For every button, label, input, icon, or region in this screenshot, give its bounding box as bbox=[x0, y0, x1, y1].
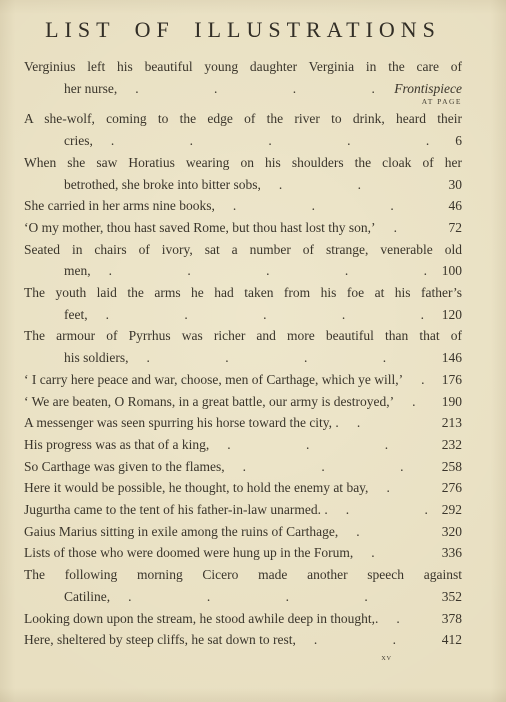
entry-caption: his soldiers, bbox=[64, 347, 129, 369]
entry-caption: ‘ We are beaten, O Romans, in a great ba… bbox=[24, 391, 394, 413]
entry-caption: men, bbox=[64, 260, 91, 282]
entry-leader-line: Catiline,352 bbox=[64, 586, 462, 608]
page-number: 176 bbox=[432, 369, 462, 391]
entry-first-line: The youth laid the arms he had taken fro… bbox=[24, 282, 462, 304]
toc-entry: ‘ I carry here peace and war, choose, me… bbox=[24, 369, 462, 391]
entry-leader-line: Jugurtha came to the tent of his father-… bbox=[24, 499, 462, 521]
entry-caption: Jugurtha came to the tent of his father-… bbox=[24, 499, 328, 521]
dot-leader bbox=[368, 477, 432, 499]
toc-entry: A messenger was seen spurring his horse … bbox=[24, 412, 462, 434]
toc-entry: ‘O my mother, thou hast saved Rome, but … bbox=[24, 217, 462, 239]
page-number: 232 bbox=[432, 434, 462, 456]
entry-leader-line: So Carthage was given to the flames,258 bbox=[24, 456, 462, 478]
entry-caption: Gaius Marius sitting in exile among the … bbox=[24, 521, 338, 543]
entry-caption: Catiline, bbox=[64, 586, 110, 608]
toc-entry: ‘ We are beaten, O Romans, in a great ba… bbox=[24, 391, 462, 413]
page-number: 213 bbox=[432, 412, 462, 434]
entry-caption: cries, bbox=[64, 130, 93, 152]
entry-caption: her nurse, bbox=[64, 78, 117, 100]
entry-first-line: Verginius left his beautiful young daugh… bbox=[24, 56, 462, 78]
entry-leader-line: ‘ We are beaten, O Romans, in a great ba… bbox=[24, 391, 462, 413]
toc-entry: Verginius left his beautiful young daugh… bbox=[24, 56, 462, 108]
entry-caption: So Carthage was given to the flames, bbox=[24, 456, 225, 478]
entry-leader-line: men,100 bbox=[64, 260, 462, 282]
toc-entry: A she-wolf, coming to the edge of the ri… bbox=[24, 108, 462, 151]
entry-leader-line: betrothed, she broke into bitter sobs,30 bbox=[64, 174, 462, 196]
toc-entry: The youth laid the arms he had taken fro… bbox=[24, 282, 462, 325]
page-number: 30 bbox=[432, 174, 462, 196]
toc-entry: The armour of Pyrrhus was richer and mor… bbox=[24, 325, 462, 368]
entry-leader-line: feet,120 bbox=[64, 304, 462, 326]
dot-leader bbox=[328, 499, 432, 521]
dot-leader bbox=[91, 260, 432, 282]
dot-leader bbox=[225, 456, 432, 478]
entry-caption: She carried in her arms nine books, bbox=[24, 195, 215, 217]
dot-leader bbox=[88, 304, 432, 326]
page-number: 378 bbox=[432, 608, 462, 630]
toc-entry: She carried in her arms nine books,46 bbox=[24, 195, 462, 217]
entry-leader-line: Lists of those who were doomed were hung… bbox=[24, 542, 462, 564]
toc-entry: His progress was as that of a king,232 bbox=[24, 434, 462, 456]
page-number: 120 bbox=[432, 304, 462, 326]
entry-first-line: A she-wolf, coming to the edge of the ri… bbox=[24, 108, 462, 130]
entry-leader-line: Here it would be possible, he thought, t… bbox=[24, 477, 462, 499]
entry-leader-line: A messenger was seen spurring his horse … bbox=[24, 412, 462, 434]
page-number: 146 bbox=[432, 347, 462, 369]
entry-leader-line: His progress was as that of a king,232 bbox=[24, 434, 462, 456]
entry-caption: betrothed, she broke into bitter sobs, bbox=[64, 174, 261, 196]
page-number: 72 bbox=[432, 217, 462, 239]
entry-caption: A messenger was seen spurring his horse … bbox=[24, 412, 339, 434]
toc-entry: So Carthage was given to the flames,258 bbox=[24, 456, 462, 478]
entry-caption: feet, bbox=[64, 304, 88, 326]
dot-leader bbox=[93, 130, 432, 152]
dot-leader bbox=[215, 195, 432, 217]
dot-leader bbox=[209, 434, 432, 456]
entry-caption: ‘O my mother, thou hast saved Rome, but … bbox=[24, 217, 376, 239]
entry-caption: Looking down upon the stream, he stood a… bbox=[24, 608, 378, 630]
dot-leader bbox=[378, 608, 432, 630]
toc-entry: The following morning Cicero made anothe… bbox=[24, 564, 462, 607]
entry-caption: His progress was as that of a king, bbox=[24, 434, 209, 456]
page-number: 336 bbox=[432, 542, 462, 564]
illustrations-list: Verginius left his beautiful young daugh… bbox=[24, 56, 462, 651]
dot-leader bbox=[110, 586, 432, 608]
dot-leader bbox=[117, 78, 394, 100]
page-number: 46 bbox=[432, 195, 462, 217]
toc-entry: Seated in chairs of ivory, sat a number … bbox=[24, 239, 462, 282]
dot-leader bbox=[261, 174, 432, 196]
page-number: 352 bbox=[432, 586, 462, 608]
dot-leader bbox=[129, 347, 432, 369]
dot-leader bbox=[403, 369, 432, 391]
entry-leader-line: cries,6 bbox=[64, 130, 462, 152]
entry-leader-line: She carried in her arms nine books,46 bbox=[24, 195, 462, 217]
toc-entry: Here, sheltered by steep cliffs, he sat … bbox=[24, 629, 462, 651]
page-title: LIST OF ILLUSTRATIONS bbox=[24, 17, 462, 43]
page-number: 190 bbox=[432, 391, 462, 413]
dot-leader bbox=[353, 542, 432, 564]
dot-leader bbox=[296, 629, 432, 651]
toc-entry: Lists of those who were doomed were hung… bbox=[24, 542, 462, 564]
page-number: 320 bbox=[432, 521, 462, 543]
entry-caption: ‘ I carry here peace and war, choose, me… bbox=[24, 369, 403, 391]
page-number: 276 bbox=[432, 477, 462, 499]
page-number: 292 bbox=[432, 499, 462, 521]
entry-leader-line: Here, sheltered by steep cliffs, he sat … bbox=[24, 629, 462, 651]
dot-leader bbox=[376, 217, 432, 239]
toc-entry: Jugurtha came to the tent of his father-… bbox=[24, 499, 462, 521]
entry-caption: Here it would be possible, he thought, t… bbox=[24, 477, 368, 499]
entry-leader-line: Gaius Marius sitting in exile among the … bbox=[24, 521, 462, 543]
entry-first-line: The following morning Cicero made anothe… bbox=[24, 564, 462, 586]
entry-first-line: The armour of Pyrrhus was richer and mor… bbox=[24, 325, 462, 347]
entry-caption: Lists of those who were doomed were hung… bbox=[24, 542, 353, 564]
entry-leader-line: her nurse,Frontispiece bbox=[64, 78, 462, 100]
dot-leader bbox=[394, 391, 432, 413]
book-page: LIST OF ILLUSTRATIONS Verginius left his… bbox=[0, 0, 506, 702]
toc-entry: Looking down upon the stream, he stood a… bbox=[24, 608, 462, 630]
entry-caption: Here, sheltered by steep cliffs, he sat … bbox=[24, 629, 296, 651]
entry-first-line: Seated in chairs of ivory, sat a number … bbox=[24, 239, 462, 261]
toc-entry: When she saw Horatius wearing on his sho… bbox=[24, 152, 462, 195]
entry-leader-line: ‘ I carry here peace and war, choose, me… bbox=[24, 369, 462, 391]
page-signature: xv bbox=[24, 652, 462, 662]
dot-leader bbox=[339, 412, 432, 434]
page-number: 100 bbox=[432, 260, 462, 282]
page-number: 6 bbox=[432, 130, 462, 152]
dot-leader bbox=[338, 521, 432, 543]
entry-leader-line: ‘O my mother, thou hast saved Rome, but … bbox=[24, 217, 462, 239]
entry-leader-line: Looking down upon the stream, he stood a… bbox=[24, 608, 462, 630]
page-number: 412 bbox=[432, 629, 462, 651]
toc-entry: Gaius Marius sitting in exile among the … bbox=[24, 521, 462, 543]
page-number: 258 bbox=[432, 456, 462, 478]
entry-first-line: When she saw Horatius wearing on his sho… bbox=[24, 152, 462, 174]
entry-leader-line: his soldiers,146 bbox=[64, 347, 462, 369]
toc-entry: Here it would be possible, he thought, t… bbox=[24, 477, 462, 499]
